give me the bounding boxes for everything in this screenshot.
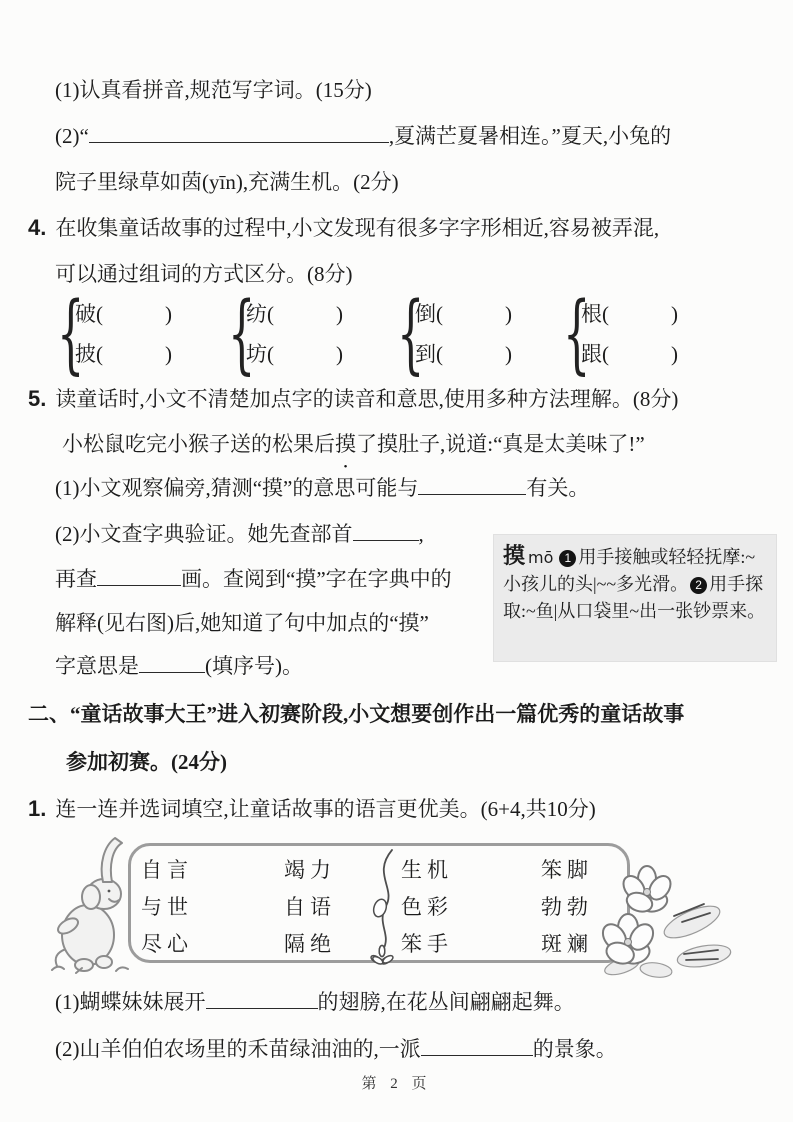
q4-pair1-top: 破() [75,294,172,334]
q2-1-sub1: (1)蝴蝶妹妹展开的翅膀,在花丛间翩翩起舞。 [55,986,575,1016]
q5-sub1-blank [418,479,526,495]
q4-pair-group-1: { 破() 披() [57,294,172,374]
q5-sub2-line4-post: (填序号)。 [205,654,303,678]
q4-pair1-bottom: 披() [75,334,172,374]
section2-line2: 参加初赛。(24分) [66,746,227,776]
word-item: 自言 [141,854,193,884]
q5-sub2-blank-strokes [97,570,181,586]
q5-line1: 5.读童话时,小文不清楚加点字的读音和意思,使用多种方法理解。(8分) [28,383,678,413]
word-item: 尽心 [141,928,193,958]
q5-sentence-post: 了摸肚子,说道:“真是太美味了!” [356,432,645,456]
word-item: 隔绝 [284,928,336,958]
q4-pair4-top: 根() [581,294,678,334]
word-item: 笨手 [401,928,453,958]
word-item: 斑斓 [541,928,593,958]
q3-item2-prefix: (2)“ [55,124,89,148]
q4-pair-group-2: { 纺() 坊() [228,294,343,374]
q4-line1: 4.在收集童话故事的过程中,小文发现有很多字字形相近,容易被弄混, [28,212,659,242]
curly-brace-icon: { [228,294,237,374]
q4-pair3-bottom: 到() [415,334,512,374]
q4-line2-text: 可以通过组词的方式区分。(8分) [55,262,353,286]
q3-item2-blank [89,127,389,143]
q4-line1-text: 在收集童话故事的过程中,小文发现有很多字字形相近,容易被弄混, [55,216,659,240]
q4-pair-group-3: { 倒() 到() [397,294,512,374]
q4-pair3-top: 倒() [415,294,512,334]
q2-1-sub2-blank [421,1040,533,1056]
dictionary-entry-box: 摸mō1用手接触或轻轻抚摩:~小孩儿的头|~~多光滑。2用手探取:~鱼|从口袋里… [493,534,777,662]
dictionary-headword: 摸 [503,543,525,568]
q5-number: 5. [28,386,46,411]
q2-1-sub1-blank [206,993,318,1009]
q4-pair4-bottom: 跟() [581,334,678,374]
q5-sub2-line1: (2)小文查字典验证。她先查部首, [55,518,424,548]
q4-line2: 可以通过组词的方式区分。(8分) [55,258,353,288]
section2-line2-text: 参加初赛。(24分) [66,750,227,774]
word-item: 生机 [401,854,453,884]
q5-sub2-line1-pre: (2)小文查字典验证。她先查部首 [55,522,353,546]
q2-1-number: 1. [28,796,46,821]
q3-item1-text: (1)认真看拼音,规范写字词。(15分) [55,78,372,102]
section2-line1: 二、“童话故事大王”进入初赛阶段,小文想要创作出一篇优秀的童话故事 [28,698,684,728]
circled-2-icon: 2 [690,577,707,594]
q2-1-sub1-pre: (1)蝴蝶妹妹展开 [55,990,206,1014]
q5-sentence: 小松鼠吃完小猴子送的松果后摸了摸肚子,说道:“真是太美味了!” [62,428,645,458]
q2-1-line1: 1.连一连并选词填空,让童话故事的语言更优美。(6+4,共10分) [28,793,596,823]
section2-line1-text: “童话故事大王”进入初赛阶段,小文想要创作出一篇优秀的童话故事 [70,702,684,726]
q2-1-sub2: (2)山羊伯伯农场里的禾苗绿油油的,一派的景象。 [55,1033,617,1063]
q5-sub2-line4: 字意思是(填序号)。 [55,650,303,680]
curly-brace-icon: { [57,294,66,374]
curly-brace-icon: { [397,294,406,374]
q3-item2-suffix: ,夏满芒夏暑相连。”夏天,小兔的 [389,124,671,148]
q4-pair-group-4: { 根() 跟() [563,294,678,374]
q3-item2-line2: 院子里绿草如茵(yīn),充满生机。(2分) [55,166,399,196]
q5-dotted-char: 摸 [335,428,356,458]
q5-sub2-line3: 解释(见右图)后,她知道了句中加点的“摸” [55,607,429,637]
q5-sub2-blank-meaning [139,657,205,673]
q5-sub2-line2-post: 画。查阅到“摸”字在字典中的 [181,567,452,591]
q2-1-sub2-pre: (2)山羊伯伯农场里的禾苗绿油油的,一派 [55,1037,421,1061]
flowers-icon [592,850,747,978]
word-item: 与世 [141,891,193,921]
word-item: 自语 [284,891,336,921]
q5-sub2-line2-pre: 再查 [55,567,97,591]
q2-1-line1-text: 连一连并选词填空,让童话故事的语言更优美。(6+4,共10分) [55,797,595,821]
q5-sub1: (1)小文观察偏旁,猜测“摸”的意思可能与有关。 [55,472,589,502]
page-number: 第 2 页 [0,1072,793,1093]
word-item: 勃勃 [541,891,593,921]
elephant-icon [46,836,140,976]
q5-sub2-line3-text: 解释(见右图)后,她知道了句中加点的“摸” [55,611,429,635]
dictionary-pinyin: mō [528,548,553,567]
word-item: 笨脚 [541,854,593,884]
word-item: 色彩 [401,891,453,921]
q5-sub2-blank-radical [353,525,419,541]
section2-number: 二、 [28,702,70,726]
q5-sub2-line2: 再查画。查阅到“摸”字在字典中的 [55,563,452,593]
q5-line1-text: 读童话时,小文不清楚加点字的读音和意思,使用多种方法理解。(8分) [55,387,678,411]
q2-1-sub2-post: 的景象。 [533,1037,617,1061]
q4-number: 4. [28,215,46,240]
q5-sub2-line4-pre: 字意思是 [55,654,139,678]
word-item: 竭力 [284,854,336,884]
q5-sub1-post: 有关。 [526,476,589,500]
q3-item1: (1)认真看拼音,规范写字词。(15分) [55,74,372,104]
q3-item2-line2-text: 院子里绿草如茵(yīn),充满生机。(2分) [55,170,399,194]
exam-page: (1)认真看拼音,规范写字词。(15分) (2)“,夏满芒夏暑相连。”夏天,小兔… [0,0,793,1122]
q3-item2: (2)“,夏满芒夏暑相连。”夏天,小兔的 [55,120,671,150]
q5-sub1-pre: (1)小文观察偏旁,猜测“摸”的意思可能与 [55,476,418,500]
q2-1-sub1-post: 的翅膀,在花丛间翩翩起舞。 [318,990,575,1014]
q4-pair2-bottom: 坊() [246,334,343,374]
q5-sentence-pre: 小松鼠吃完小猴子送的松果后 [62,432,335,456]
vine-divider-icon [356,848,408,966]
q4-pair2-top: 纺() [246,294,343,334]
q5-sub2-line1-post: , [419,522,424,546]
circled-1-icon: 1 [559,550,576,567]
curly-brace-icon: { [563,294,572,374]
